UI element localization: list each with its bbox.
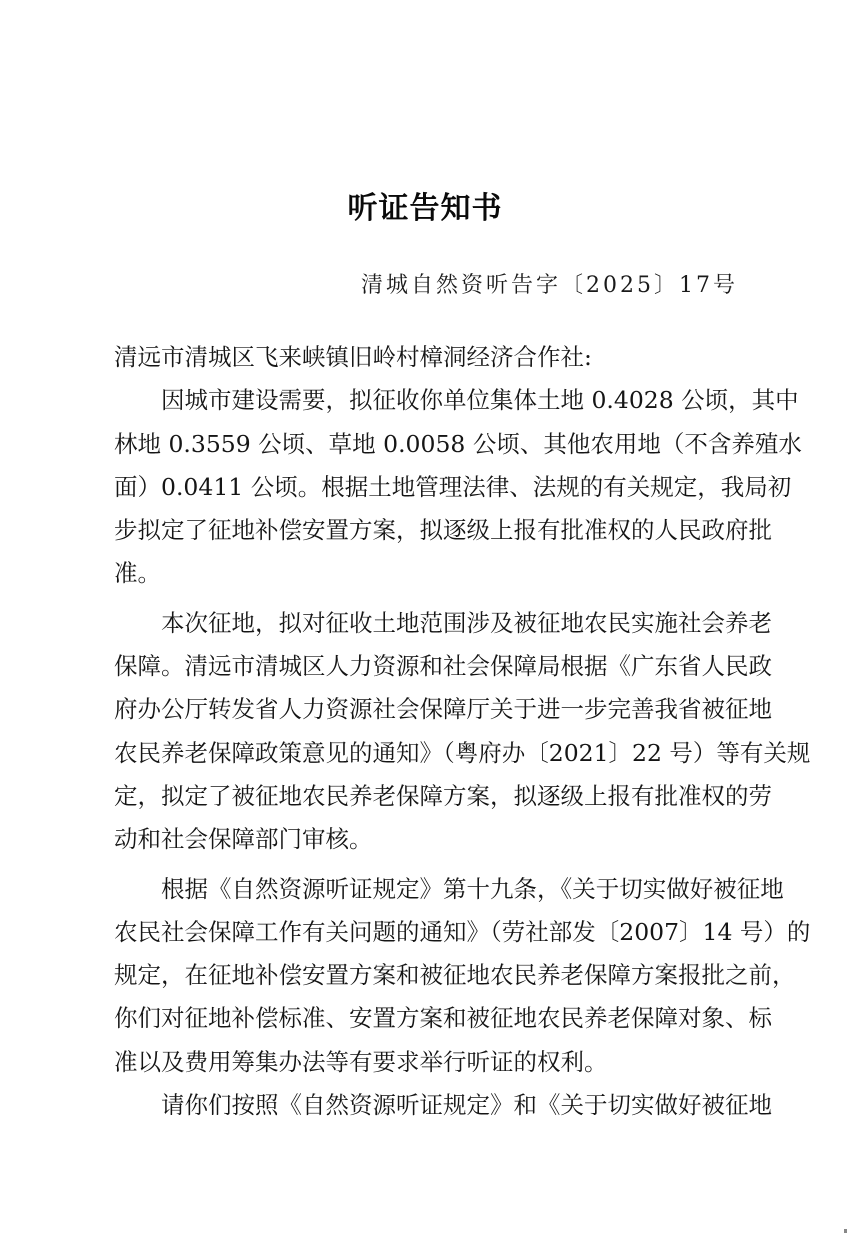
- paragraph-line: 根据《自然资源听证规定》第十九条，《关于切实做好被征地: [114, 868, 740, 911]
- paragraph-line: 你们对征地补偿标准、安置方案和被征地农民养老保障对象、标: [114, 997, 740, 1040]
- paragraph-line: 规定，在征地补偿安置方案和被征地农民养老保障方案报批之前，: [114, 954, 740, 997]
- paragraph-line: 步拟定了征地补偿安置方案，拟逐级上报有批准权的人民政府批: [114, 509, 740, 552]
- paragraph-line: 因城市建设需要，拟征收你单位集体土地 0.4028 公顷，其中: [114, 379, 740, 422]
- paragraph-line: 准以及费用筹集办法等有要求举行听证的权利。: [114, 1041, 740, 1084]
- paragraph-line: 定，拟定了被征地农民养老保障方案，拟逐级上报有批准权的劳: [114, 775, 740, 818]
- addressee: 清远市清城区飞来峡镇旧岭村樟洞经济合作社:: [114, 336, 740, 379]
- paragraph-3: 根据《自然资源听证规定》第十九条，《关于切实做好被征地 农民社会保障工作有关问题…: [114, 868, 740, 1084]
- paragraph-1: 因城市建设需要，拟征收你单位集体土地 0.4028 公顷，其中 林地 0.355…: [114, 379, 740, 595]
- paragraph-line: 保障。清远市清城区人力资源和社会保障局根据《广东省人民政: [114, 645, 740, 688]
- paragraph-4: 请你们按照《自然资源听证规定》和《关于切实做好被征地: [114, 1084, 740, 1127]
- document-body: 清远市清城区飞来峡镇旧岭村樟洞经济合作社: 因城市建设需要，拟征收你单位集体土地…: [114, 336, 740, 1127]
- paragraph-line: 准。: [114, 552, 740, 595]
- paragraph-line: 府办公厅转发省人力资源社会保障厅关于进一步完善我省被征地: [114, 688, 740, 731]
- paragraph-line: 林地 0.3559 公顷、草地 0.0058 公顷、其他农用地（不含养殖水: [114, 423, 740, 466]
- scan-speck: [844, 1229, 847, 1233]
- paragraph-line: 请你们按照《自然资源听证规定》和《关于切实做好被征地: [114, 1084, 740, 1127]
- document-page: 听证告知书 清城自然资听告字〔2025〕17号 清远市清城区飞来峡镇旧岭村樟洞经…: [0, 0, 850, 1236]
- paragraph-line: 面）0.0411 公顷。根据土地管理法律、法规的有关规定，我局初: [114, 466, 740, 509]
- paragraph-line: 农民社会保障工作有关问题的通知》（劳社部发〔2007〕14 号）的: [114, 911, 740, 954]
- paragraph-line: 农民养老保障政策意见的通知》（粤府办〔2021〕22 号）等有关规: [114, 732, 740, 775]
- paragraph-line: 本次征地，拟对征收土地范围涉及被征地农民实施社会养老: [114, 602, 740, 645]
- document-title: 听证告知书: [0, 183, 850, 227]
- paragraph-line: 动和社会保障部门审核。: [114, 818, 740, 861]
- paragraph-2: 本次征地，拟对征收土地范围涉及被征地农民实施社会养老 保障。清远市清城区人力资源…: [114, 602, 740, 862]
- document-number: 清城自然资听告字〔2025〕17号: [361, 268, 738, 299]
